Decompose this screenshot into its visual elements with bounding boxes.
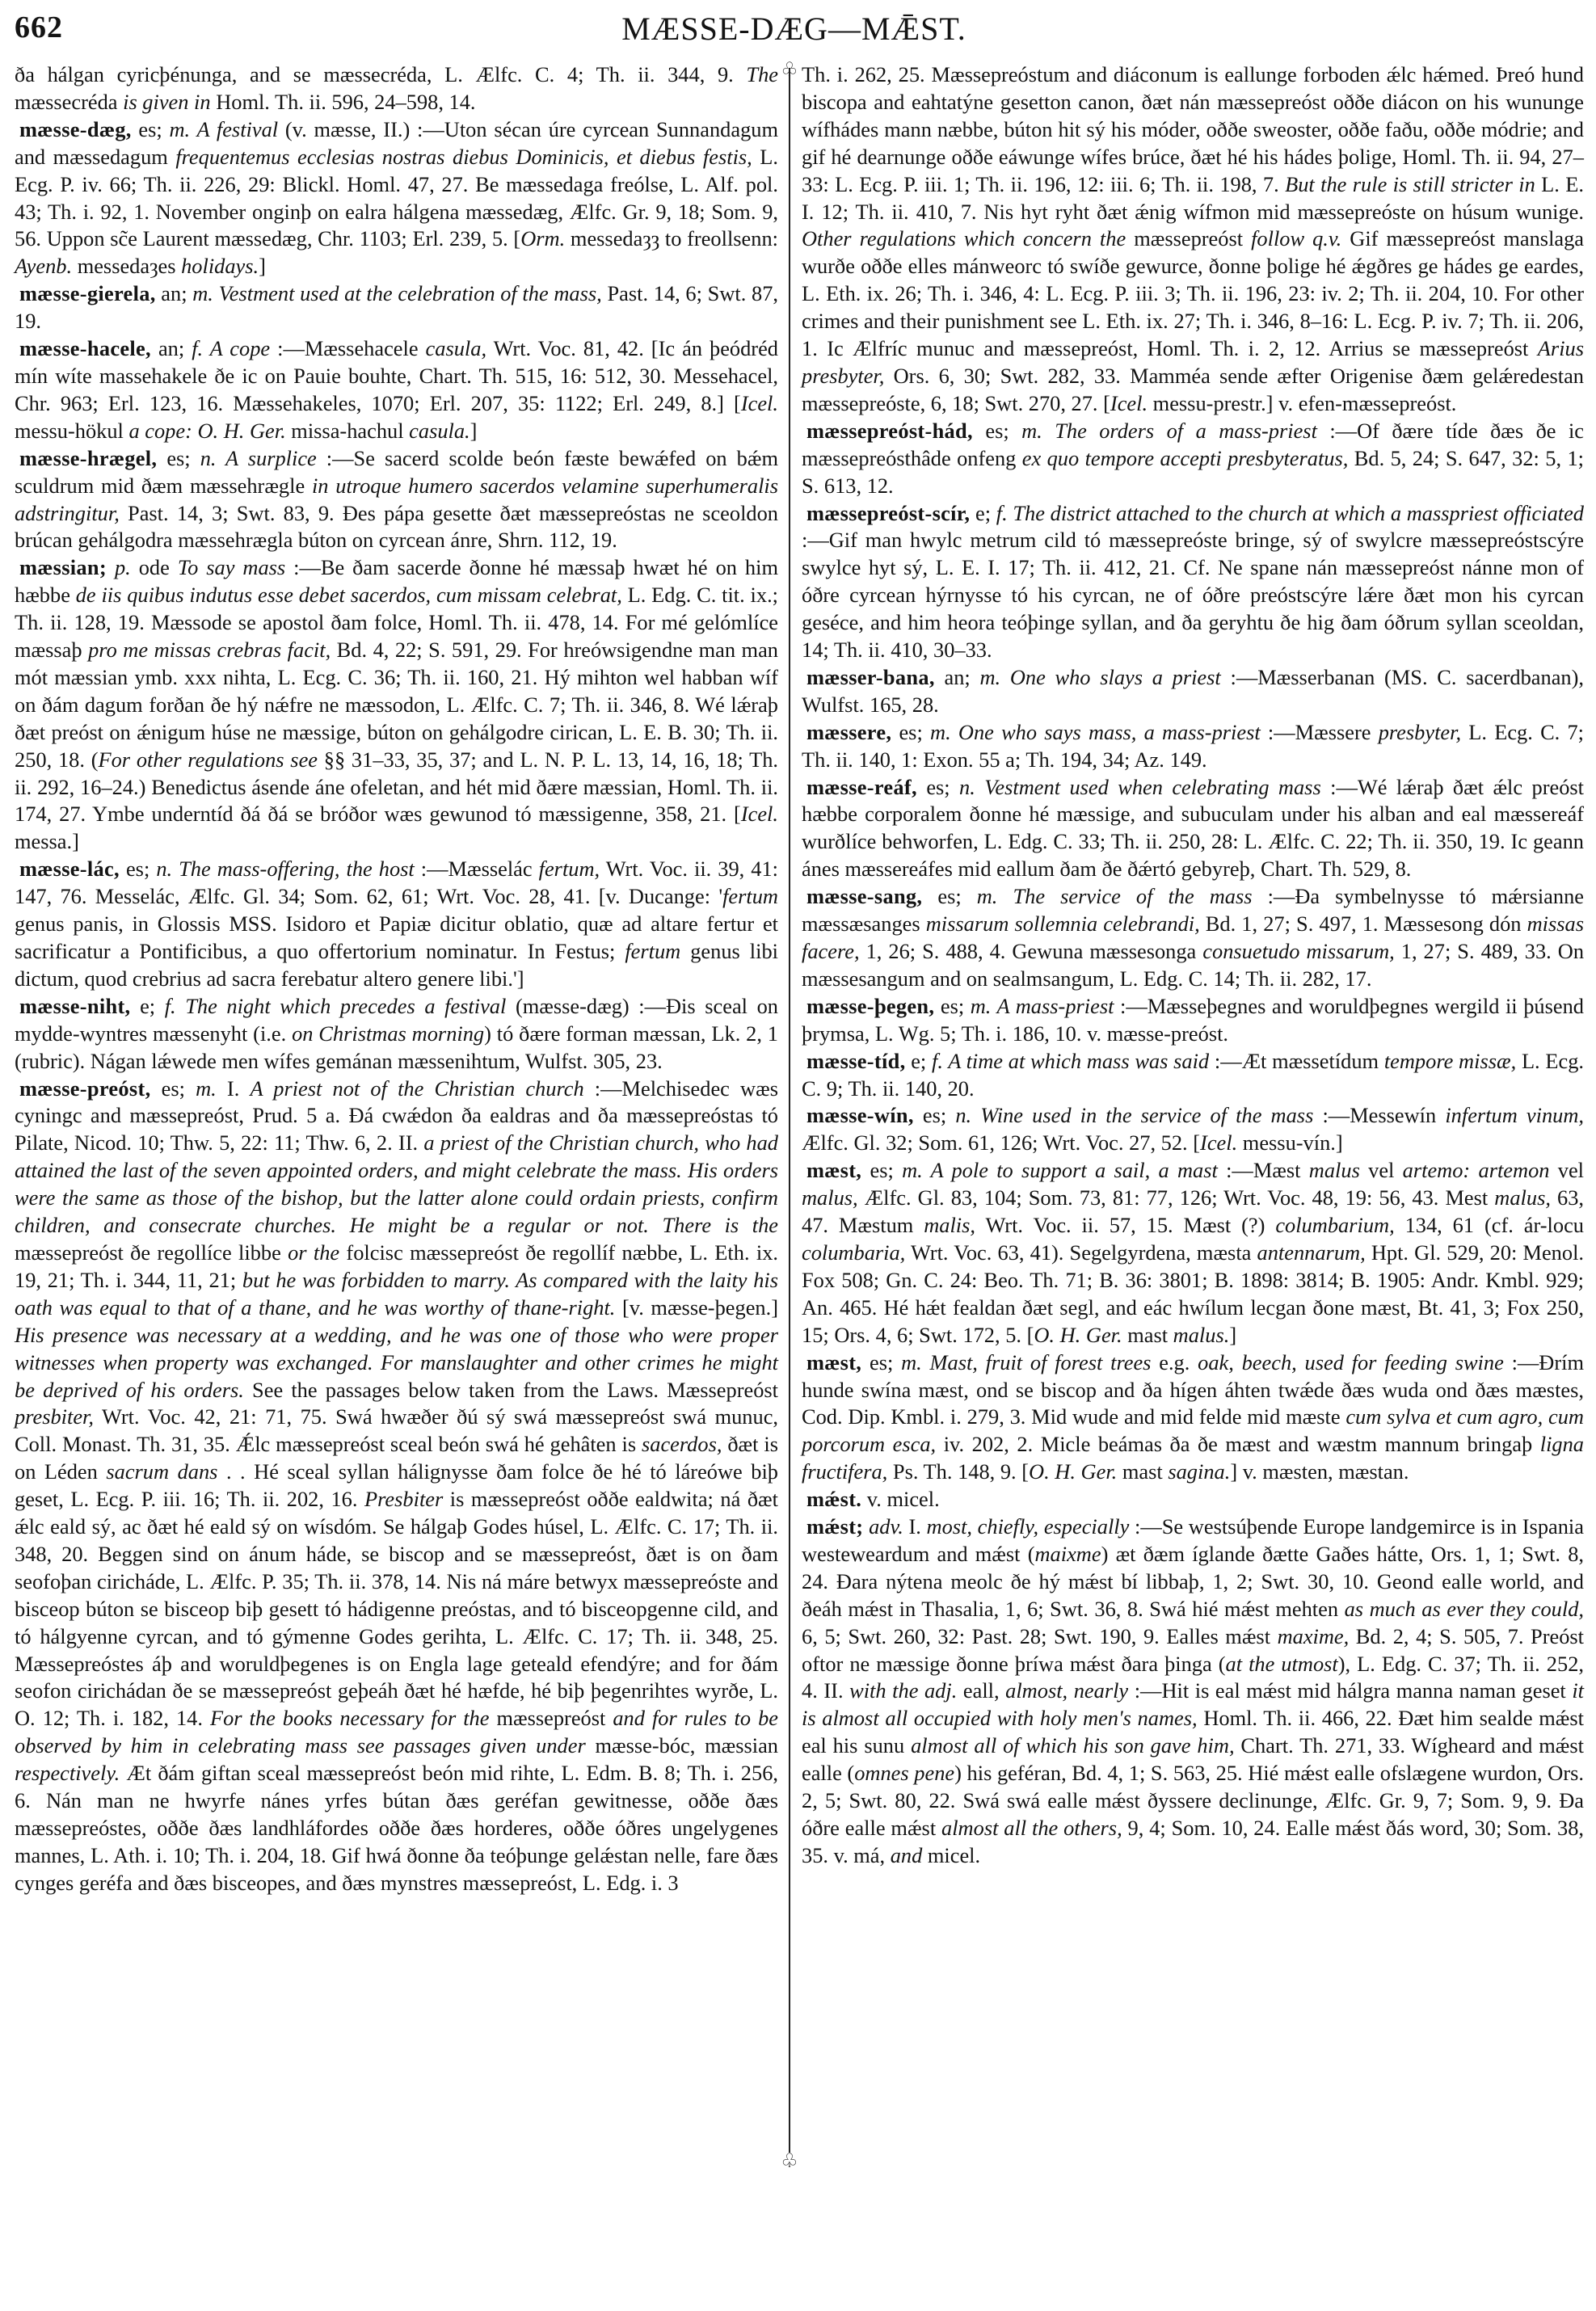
entry-text: I. xyxy=(903,1514,927,1539)
entry-text: ] xyxy=(259,254,266,278)
italic-gloss: f. A cope xyxy=(192,336,270,360)
entry-headword: mæsse-tíd, xyxy=(806,1049,905,1073)
entry-text: 6, 5; Swt. 260, 32: Past. 28; Swt. 190, … xyxy=(802,1624,1278,1648)
italic-gloss: follow q.v. xyxy=(1251,226,1341,250)
italic-gloss: malus. xyxy=(1173,1323,1230,1347)
italic-gloss: ex quo tempore accepti presbyteratus, xyxy=(1022,446,1349,470)
italic-gloss: m. The service of the mass xyxy=(977,884,1253,908)
entry-text: es; xyxy=(914,1103,956,1127)
continued-entry: Th. i. 262, 25. Mæssepreóstum and diácon… xyxy=(802,61,1584,418)
italic-gloss: tempore missæ, xyxy=(1384,1049,1516,1073)
dictionary-entry: mæsse-hacele, an; f. A cope :—Mæssehacel… xyxy=(15,335,778,445)
entry-text: :—Mæssere xyxy=(1261,720,1379,744)
entry-text: :—Hit is eal mǽst mid hálgra manna naman… xyxy=(1128,1678,1572,1703)
entry-text: See the passages below taken from the La… xyxy=(244,1378,778,1402)
italic-gloss: almost, nearly xyxy=(1005,1678,1128,1703)
italic-gloss: m. The orders of a mass-priest xyxy=(1021,419,1317,443)
entry-headword: mæssere, xyxy=(806,720,891,744)
dictionary-entry: mæsse-hrægel, es; n. A surplice :—Se sac… xyxy=(15,445,778,555)
italic-gloss: pro me missas crebras facit, xyxy=(88,638,331,662)
italic-gloss: missarum sollemnia celebrandi, xyxy=(926,911,1200,936)
italic-gloss: n. A surplice xyxy=(200,446,317,470)
entry-headword: mæsse-þegen, xyxy=(806,994,934,1018)
italic-gloss: fertum xyxy=(625,939,680,963)
entry-text: vel xyxy=(1360,1158,1403,1182)
entry-text: 134, 61 (cf. ár-locu xyxy=(1395,1213,1584,1237)
italic-gloss: n. Wine used in the service of the mass xyxy=(955,1103,1313,1127)
entry-headword: mæsse-hrægel, xyxy=(19,446,157,470)
italic-gloss: Presbiter xyxy=(364,1487,443,1511)
entry-text: v. micel. xyxy=(861,1487,940,1511)
italic-gloss: A priest not of the Christian church xyxy=(250,1076,583,1101)
italic-gloss: Orm. xyxy=(520,226,565,250)
column-divider xyxy=(789,68,790,2153)
entry-headword: mæssepreóst-hád, xyxy=(806,419,973,443)
italic-gloss: Icel. xyxy=(1200,1130,1237,1155)
entry-text: es; xyxy=(150,1076,196,1101)
entry-text: eall, xyxy=(957,1678,1005,1703)
italic-gloss: most, chiefly, especially xyxy=(927,1514,1130,1539)
entry-text: messu-prestr.] v. efen-mæssepreóst. xyxy=(1148,391,1456,415)
dictionary-entry: mæsse-sang, es; m. The service of the ma… xyxy=(802,883,1584,993)
italic-gloss: m. Mast, fruit of forest trees xyxy=(901,1350,1151,1374)
entry-headword: mæsse-gierela, xyxy=(19,281,156,305)
entry-headword: mæssepreóst-scír, xyxy=(806,501,970,525)
entry-text: ] xyxy=(1229,1323,1236,1347)
entry-text: Ælfc. Gl. 83, 104; Som. 73, 81: 77, 126;… xyxy=(858,1185,1495,1210)
entry-text: ] v. mæsten, mæstan. xyxy=(1230,1459,1409,1484)
entry-headword: mæst, xyxy=(806,1158,861,1182)
entry-text: e; xyxy=(905,1049,932,1073)
entry-text: :—Mæsselác xyxy=(415,857,539,881)
italic-gloss: m. A pole to support a sail, a mast xyxy=(902,1158,1218,1182)
entry-text: es; xyxy=(861,1158,902,1182)
entry-text: e; xyxy=(130,994,164,1018)
entry-text: mast xyxy=(1122,1323,1173,1347)
dictionary-entry: mæsser-bana, an; m. One who slays a prie… xyxy=(802,664,1584,719)
dictionary-entry: mæssian; p. ode To say mass :—Be ðam sac… xyxy=(15,554,778,856)
italic-gloss: almost all the others, xyxy=(941,1816,1122,1840)
entry-text: Ps. Th. 148, 9. [ xyxy=(887,1459,1029,1484)
entry-headword: mæsse-sang, xyxy=(806,884,922,908)
entry-text: Wrt. Voc. ii. 57, 15. Mæst (?) xyxy=(975,1213,1275,1237)
italic-gloss: at the utmost xyxy=(1226,1652,1338,1676)
italic-gloss: malus xyxy=(1309,1158,1360,1182)
italic-gloss: sagina. xyxy=(1168,1459,1230,1484)
italic-gloss: casula. xyxy=(409,419,470,443)
italic-gloss: f. A time at which mass was said xyxy=(932,1049,1209,1073)
entry-headword: mæsse-reáf, xyxy=(806,775,917,799)
entry-text: es; xyxy=(973,419,1021,443)
entry-text: messedaȝes xyxy=(72,254,181,278)
dictionary-entry: mæsse-dæg, es; m. A festival (v. mæsse, … xyxy=(15,116,778,280)
italic-gloss: To say mass xyxy=(178,555,285,579)
italic-gloss: as much as ever they could, xyxy=(1345,1597,1584,1621)
entry-text: messa.] xyxy=(15,829,79,853)
italic-gloss: For the books necessary for the xyxy=(210,1706,490,1730)
entry-text: vel xyxy=(1549,1158,1584,1182)
italic-gloss: m. A festival xyxy=(170,117,279,141)
italic-gloss: f. The night which precedes a festival xyxy=(165,994,507,1018)
italic-gloss: malis, xyxy=(924,1213,975,1237)
dictionary-entry: mæssepreóst-hád, es; m. The orders of a … xyxy=(802,418,1584,500)
italic-gloss: Icel. xyxy=(1110,391,1148,415)
italic-gloss: n. The mass-offering, the host xyxy=(156,857,414,881)
italic-gloss: But the rule is still stricter in xyxy=(1285,172,1535,196)
entry-text: mæssepreóst xyxy=(1126,226,1251,250)
italic-gloss: Other regulations which concern the xyxy=(802,226,1126,250)
entry-text: :—Gif man hwylc metrum cild tó mæssepreó… xyxy=(802,528,1584,662)
dictionary-entry: mǽst. v. micel. xyxy=(802,1486,1584,1513)
italic-gloss: frequentemus ecclesias nostras diebus Do… xyxy=(175,145,752,169)
dictionary-entry: mæsse-tíd, e; f. A time at which mass wa… xyxy=(802,1048,1584,1103)
entry-text: 1, 26; S. 488, 4. Gewuna mæssesonga xyxy=(860,939,1203,963)
entry-headword: mǽst. xyxy=(806,1487,861,1511)
italic-gloss: maixme xyxy=(1035,1542,1101,1566)
entry-text: ] xyxy=(470,419,478,443)
entry-text: messu-vín.] xyxy=(1237,1130,1342,1155)
entry-text: Bd. 1, 27; S. 497, 1. Mæssesong dón xyxy=(1200,911,1527,936)
entry-text: missa-hachul xyxy=(286,419,409,443)
italic-gloss: adv. xyxy=(869,1514,903,1539)
entry-headword: mæsse-niht, xyxy=(19,994,130,1018)
entry-text: Wrt. Voc. 63, 41). Segelgyrdena, mæsta xyxy=(905,1240,1257,1265)
italic-gloss: For other regulations see xyxy=(98,747,318,772)
italic-gloss: fertum, xyxy=(539,857,600,881)
italic-gloss: columbarium, xyxy=(1275,1213,1394,1237)
italic-gloss: m. Vestment used at the celebration of t… xyxy=(192,281,602,305)
entry-text: micel. xyxy=(922,1843,980,1867)
entry-text: messu-hökul xyxy=(15,419,128,443)
italic-gloss: on Christmas morning xyxy=(292,1021,484,1046)
entry-text: an; xyxy=(151,336,192,360)
entry-text: iv. 202, 2. Micle beámas ða ðe mæst and … xyxy=(936,1432,1540,1456)
dictionary-entry: mæssepreóst-scír, e; f. The district att… xyxy=(802,500,1584,664)
italic-gloss: sacrum dans xyxy=(106,1459,217,1484)
italic-gloss: The xyxy=(746,62,778,86)
italic-gloss: columbaria, xyxy=(802,1240,905,1265)
continued-entry: ða hálgan cyricþénunga, and se mæssecréd… xyxy=(15,61,778,116)
dictionary-entry: mæst, es; m. Mast, fruit of forest trees… xyxy=(802,1349,1584,1487)
italic-gloss: almost all of which his son gave him, xyxy=(911,1733,1234,1757)
italic-gloss: Ayenb. xyxy=(15,254,72,278)
entry-headword: mæssian; xyxy=(19,555,107,579)
entry-text: e; xyxy=(970,501,996,525)
dictionary-entry: mæssere, es; m. One who says mass, a mas… xyxy=(802,719,1584,774)
italic-gloss: respectively. xyxy=(15,1761,120,1785)
entry-text: mæssecréda xyxy=(15,90,123,114)
entry-text: mæssepreóst ðe regollíce libbe xyxy=(15,1240,288,1265)
entry-text: mast xyxy=(1117,1459,1168,1484)
italic-gloss: sacerdos, xyxy=(642,1432,722,1456)
entry-text: Homl. Th. ii. 596, 24–598, 14. xyxy=(211,90,476,114)
italic-gloss: or the xyxy=(288,1240,339,1265)
entry-text: es; xyxy=(132,117,170,141)
dictionary-entry: mæsse-preóst, es; m. I. A priest not of … xyxy=(15,1076,778,1897)
entry-text: ða hálgan cyricþénunga, and se mæssecréd… xyxy=(15,62,746,86)
italic-gloss: a cope: O. H. Ger. xyxy=(128,419,285,443)
italic-gloss: holidays. xyxy=(181,254,259,278)
italic-gloss: m. One who says mass, a mass-priest xyxy=(930,720,1261,744)
entry-text: mæsse-bóc, mæssian xyxy=(586,1733,778,1757)
italic-gloss: casula, xyxy=(426,336,487,360)
italic-gloss: m. xyxy=(196,1076,217,1101)
entry-text: es; xyxy=(917,775,959,799)
entry-text: is mæssepreóst oððe ealdwita; ná ðæt ǽlc… xyxy=(15,1487,778,1730)
entry-text: es; xyxy=(157,446,200,470)
entry-text: [v. mæsse-þegen.] xyxy=(615,1295,778,1320)
entry-text: es; xyxy=(922,884,976,908)
italic-gloss: m. One who slays a priest xyxy=(979,665,1220,689)
divider-top-ornament-icon: ♧ xyxy=(781,61,798,79)
italic-gloss: n. Vestment used when celebrating mass xyxy=(959,775,1321,799)
italic-gloss: presbiter, xyxy=(15,1404,94,1429)
italic-gloss: O. H. Ger. xyxy=(1034,1323,1122,1347)
italic-gloss: with the adj. xyxy=(849,1678,957,1703)
italic-gloss: malus, xyxy=(802,1185,858,1210)
italic-gloss: presbyter, xyxy=(1379,720,1461,744)
entry-text: :—Messewín xyxy=(1313,1103,1445,1127)
entry-text: es; xyxy=(861,1350,901,1374)
italic-gloss: f. The district attached to the church a… xyxy=(996,501,1584,525)
entry-text: :—Mæst xyxy=(1218,1158,1309,1182)
dictionary-entry: mæsse-gierela, an; m. Vestment used at t… xyxy=(15,280,778,335)
italic-gloss: m. A mass-priest xyxy=(971,994,1114,1018)
running-head: MÆSSE-DÆG—MǢST. xyxy=(15,10,1573,48)
entry-text: es; xyxy=(120,857,156,881)
entry-text: es; xyxy=(934,994,970,1018)
entry-text xyxy=(107,555,115,579)
dictionary-entry: mæst, es; m. A pole to support a sail, a… xyxy=(802,1157,1584,1349)
entry-headword: mæsser-bana, xyxy=(806,665,935,689)
entry-text: e.g. xyxy=(1151,1350,1198,1374)
entry-headword: mǽst; xyxy=(806,1514,863,1539)
italic-gloss: oak, beech, used for feeding swine xyxy=(1198,1350,1504,1374)
divider-bottom-ornament-icon: ♧ xyxy=(781,2153,798,2170)
entry-text: ode xyxy=(131,555,178,579)
italic-gloss: O. H. Ger. xyxy=(1029,1459,1117,1484)
italic-gloss: p. xyxy=(115,555,131,579)
dictionary-entry: mæsse-þegen, es; m. A mass-priest :—Mæss… xyxy=(802,993,1584,1048)
entry-text: :—Mæssehacele xyxy=(270,336,425,360)
right-column: Th. i. 262, 25. Mæssepreóstum and diácon… xyxy=(802,61,1584,1870)
dictionary-entry: mæsse-niht, e; f. The night which preced… xyxy=(15,993,778,1076)
italic-gloss: Icel. xyxy=(741,802,778,826)
italic-gloss: and xyxy=(891,1843,923,1867)
dictionary-entry: mæsse-wín, es; n. Wine used in the servi… xyxy=(802,1102,1584,1157)
entry-text: Æt ðám giftan sceal mæssepreóst beón mid… xyxy=(15,1761,778,1895)
italic-gloss: antennarum, xyxy=(1257,1240,1366,1265)
italic-gloss: omnes pene xyxy=(854,1761,954,1785)
entry-headword: mæsse-lác, xyxy=(19,857,120,881)
italic-gloss: is given in xyxy=(123,90,210,114)
entry-headword: mæsse-hacele, xyxy=(19,336,151,360)
dictionary-entry: mæsse-lác, es; n. The mass-offering, the… xyxy=(15,856,778,993)
entry-text: Past. 14, 3; Swt. 83, 9. Ðes pápa gesett… xyxy=(15,501,778,553)
entry-headword: mæst, xyxy=(806,1350,861,1374)
entry-headword: mæsse-dæg, xyxy=(19,117,132,141)
entry-text: es; xyxy=(891,720,930,744)
italic-gloss: de iis quibus indutus esse debet sacerdo… xyxy=(76,583,622,607)
entry-headword: mæsse-preóst, xyxy=(19,1076,150,1101)
entry-text: Ælfc. Gl. 32; Som. 61, 126; Wrt. Voc. 27… xyxy=(802,1130,1200,1155)
italic-gloss: infertum vinum, xyxy=(1445,1103,1584,1127)
page-header: 662 MÆSSE-DÆG—MǢST. xyxy=(15,10,1573,58)
italic-gloss: consuetudo missarum, xyxy=(1202,939,1394,963)
italic-gloss: artemo: artemon xyxy=(1403,1158,1550,1182)
entry-text: :—Æt mæssetídum xyxy=(1209,1049,1384,1073)
dictionary-entry: mǽst; adv. I. most, chiefly, especially … xyxy=(802,1513,1584,1870)
entry-text: messedaȝȝ to freollsenn: xyxy=(565,226,778,250)
italic-gloss: fertum xyxy=(722,884,778,908)
entry-headword: mæsse-wín, xyxy=(806,1103,914,1127)
italic-gloss: Icel. xyxy=(741,391,778,415)
left-column: ða hálgan cyricþénunga, and se mæssecréd… xyxy=(15,61,778,1897)
entry-text: an; xyxy=(156,281,193,305)
italic-gloss: maxime, xyxy=(1278,1624,1350,1648)
entry-text: mæssepreóst xyxy=(489,1706,613,1730)
italic-gloss: malus, xyxy=(1494,1185,1551,1210)
entry-text: I. xyxy=(217,1076,251,1101)
entry-text: an; xyxy=(935,665,980,689)
dictionary-entry: mæsse-reáf, es; n. Vestment used when ce… xyxy=(802,774,1584,884)
